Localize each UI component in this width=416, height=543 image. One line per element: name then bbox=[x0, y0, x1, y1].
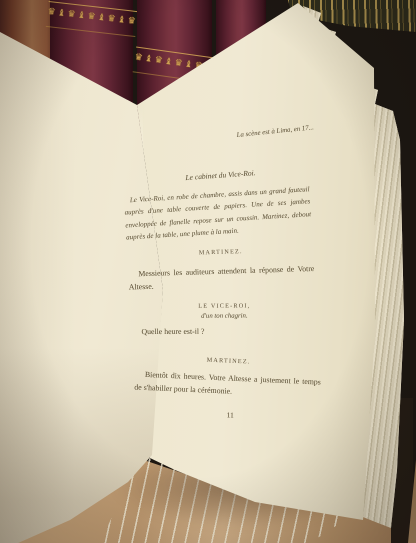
photo-vignette bbox=[0, 0, 416, 543]
photograph-open-book: ♛♝♛♝♛♝♛♝♛♝♛♝♛♝ ♛♝♛♝♛♝♛♝♛♝♛♝♛♝ ♛♝♛♝♛♝♛♝♛♝… bbox=[0, 0, 416, 543]
